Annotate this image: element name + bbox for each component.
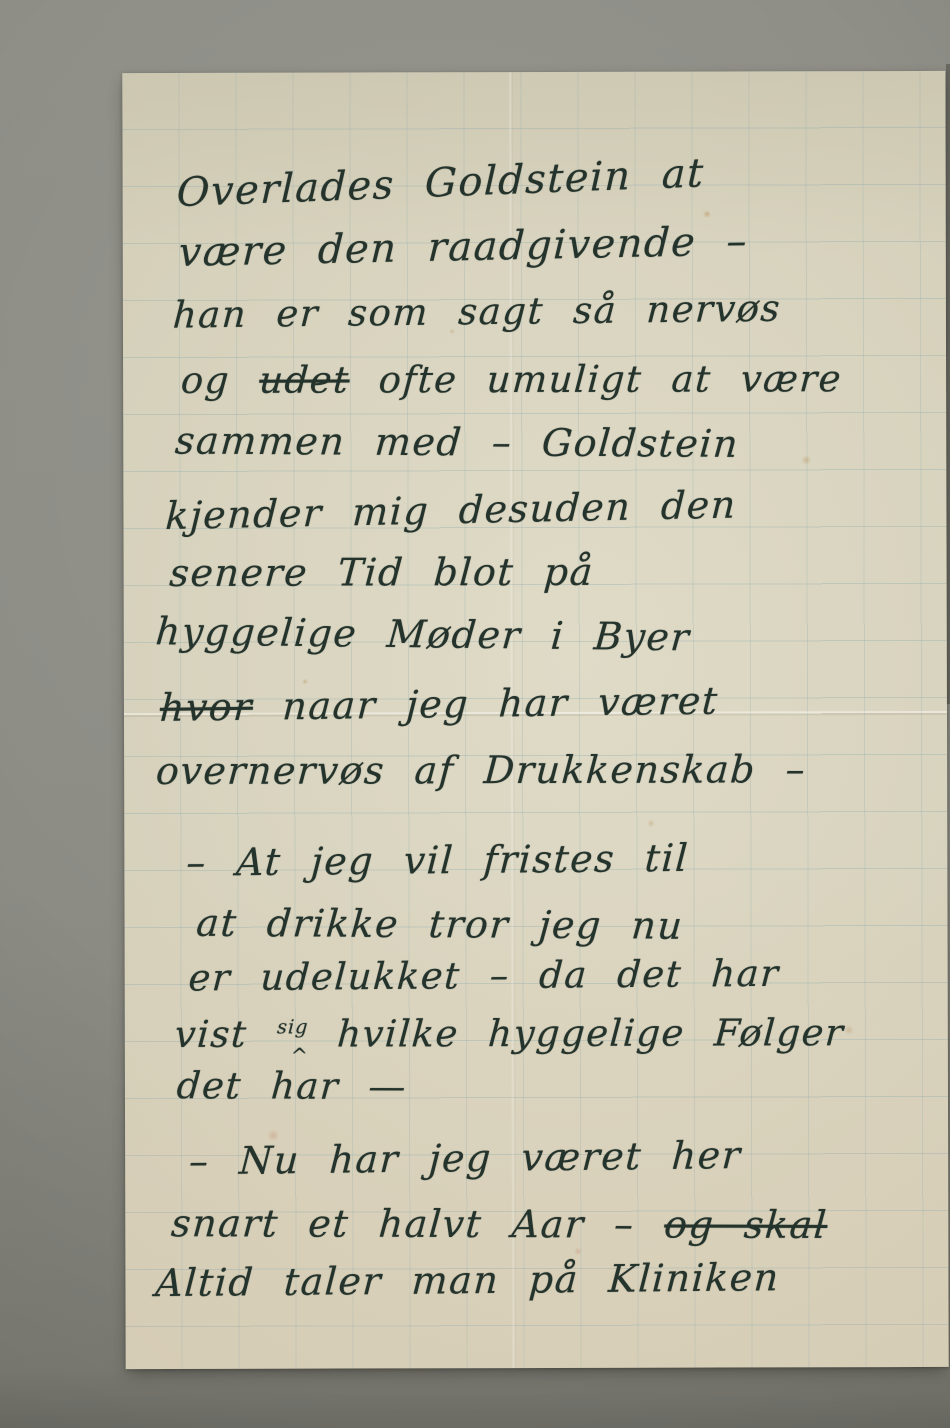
letter-line: overnervøs af Drukkenskab – — [155, 747, 808, 793]
letter-text-segment: det har — — [175, 1064, 408, 1108]
letter-line: være den raadgivende – — [178, 218, 749, 275]
letter-line: han er som sagt så nervøs — [172, 287, 783, 337]
letter-line: hyggelige Møder i Byer — [154, 609, 692, 659]
letter-line: senere Tid blot på — [168, 550, 595, 595]
letter-text-segment: Altid taler man på Kliniken — [154, 1255, 781, 1305]
letter-line: sammen med – Goldstein — [174, 418, 741, 465]
letter-text-segment: sig — [276, 1015, 309, 1038]
letter-line: – Nu har jeg været her — [188, 1133, 743, 1183]
letter-line: at drikke tror jeg nu — [195, 901, 685, 948]
letter-text-segment: senere Tid blot på — [168, 550, 595, 595]
letter-text-segment: Overlades Goldstein at — [176, 150, 705, 216]
letter-text-segment: udet — [258, 358, 351, 401]
photograph-of-letter: { "document": { "kind": "handwritten-let… — [0, 0, 950, 1428]
letter-text-segment: hvilke hyggelige Følger — [307, 1011, 846, 1055]
letter-paper: Overlades Goldstein atvære den raadgiven… — [122, 71, 948, 1369]
letter-text-segment: og — [180, 359, 261, 402]
letter-text-segment: hvor — [159, 685, 254, 730]
letter-line: – At jeg vil fristes til — [185, 836, 690, 885]
letter-text-segment: vist — [173, 1013, 278, 1056]
letter-text-segment: være den raadgivende – — [178, 218, 749, 275]
letter-text-segment: – At jeg vil fristes til — [185, 836, 690, 885]
letter-text-segment: – Nu har jeg været her — [188, 1133, 743, 1183]
letter-text-segment: snart et halvt Aar – — [170, 1201, 666, 1246]
letter-line: kjender mig desuden den — [164, 482, 737, 538]
letter-text-segment: sammen med – Goldstein — [174, 418, 741, 465]
letter-line: snart et halvt Aar – og skal — [170, 1201, 829, 1247]
letter-text-segment: og skal — [663, 1203, 829, 1247]
mat-shadow — [0, 1368, 950, 1428]
letter-text-segment: at drikke tror jeg nu — [195, 901, 685, 948]
letter-text-segment: han er som sagt så nervøs — [172, 287, 783, 337]
letter-text-segment: kjender mig desuden den — [164, 482, 737, 538]
letter-line: vist sig^ hvilke hyggelige Følger — [173, 1011, 845, 1056]
letter-text-segment: ofte umuligt at være — [348, 357, 843, 401]
letter-line: er udelukket – da det har — [187, 952, 780, 1000]
handwritten-text-block: Overlades Goldstein atvære den raadgiven… — [122, 71, 948, 1369]
letter-text-segment: hyggelige Møder i Byer — [154, 609, 692, 659]
letter-text-segment: naar jeg har været — [252, 679, 720, 729]
letter-line: Altid taler man på Kliniken — [154, 1255, 781, 1305]
letter-text-segment: er udelukket – da det har — [187, 952, 780, 1000]
letter-line: og udet ofte umuligt at være — [180, 357, 844, 402]
letter-text-segment: overnervøs af Drukkenskab – — [155, 747, 808, 793]
letter-line: Overlades Goldstein at — [176, 150, 705, 216]
letter-line: hvor naar jeg har været — [159, 679, 720, 730]
letter-line: det har — — [175, 1064, 408, 1108]
